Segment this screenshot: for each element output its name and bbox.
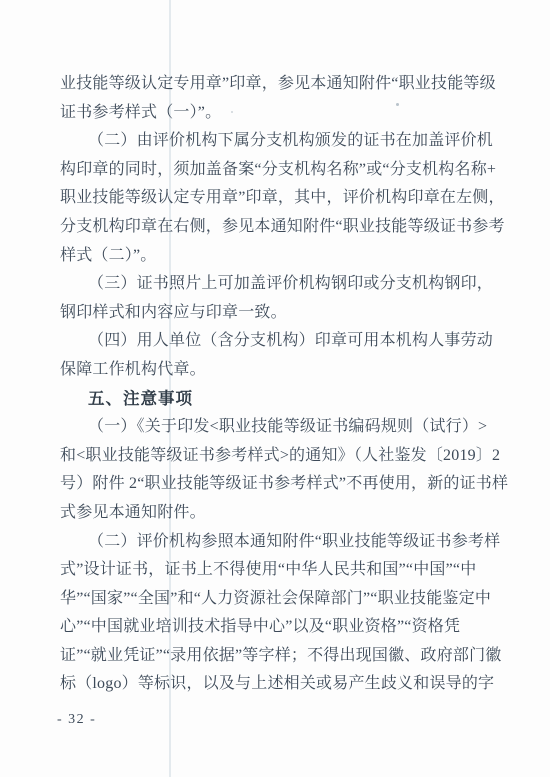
text-line: 钢印样式和内容应与印章一致。	[60, 299, 494, 328]
text-line: 证书参考样式（一）”。	[60, 99, 494, 128]
text-line: 标（logo）等标识，以及与上述相关或易产生歧义和误导的字	[60, 670, 494, 699]
document-body: 业技能等级认定专用章”印章，参见本通知附件“职业技能等级证书参考样式（一）”。（…	[60, 70, 494, 699]
text-line: 职业技能等级认定专用章”印章，其中，评价机构印章在左侧，	[60, 184, 494, 213]
text-line: 分支机构印章在右侧，参见本通知附件“职业技能等级证书参考	[60, 213, 494, 242]
document-page: 业技能等级认定专用章”印章，参见本通知附件“职业技能等级证书参考样式（一）”。（…	[0, 0, 550, 777]
text-line: 式”设计证书，证书上不得使用“中华人民共和国”“中国”“中	[60, 556, 494, 585]
text-line: （一）《关于印发<职业技能等级证书编码规则（试行）>	[60, 413, 494, 442]
text-line: 业技能等级认定专用章”印章，参见本通知附件“职业技能等级	[60, 70, 494, 99]
text-line: （四）用人单位（含分支机构）印章可用本机构人事劳动	[60, 327, 494, 356]
section-heading: 五、注意事项	[60, 385, 494, 414]
text-line: 式参见本通知附件。	[60, 499, 494, 528]
text-line: （三）证书照片上可加盖评价机构钢印或分支机构钢印，	[60, 270, 494, 299]
text-line: 号）附件 2“职业技能等级证书参考样式”不再使用，新的证书样	[60, 470, 494, 499]
page-number: - 32 -	[57, 710, 96, 730]
text-line: 心”“中国就业培训技术指导中心”以及“职业资格”“资格凭	[60, 613, 494, 642]
text-line: 构印章的同时，须加盖备案“分支机构名称”或“分支机构名称+	[60, 156, 494, 185]
text-line: 样式（二）”。	[60, 242, 494, 271]
text-line: （二）评价机构参照本通知附件“职业技能等级证书参考样	[60, 528, 494, 557]
text-line: 保障工作机构代章。	[60, 356, 494, 385]
text-line: 和<职业技能等级证书参考样式>的通知》（人社鉴发〔2019〕2	[60, 442, 494, 471]
text-line: 证”“就业凭证”“录用依据”等字样；不得出现国徽、政府部门徽	[60, 642, 494, 671]
text-line: （二）由评价机构下属分支机构颁发的证书在加盖评价机	[60, 127, 494, 156]
text-line: 华”“国家”“全国”和“人力资源社会保障部门”“职业技能鉴定中	[60, 585, 494, 614]
